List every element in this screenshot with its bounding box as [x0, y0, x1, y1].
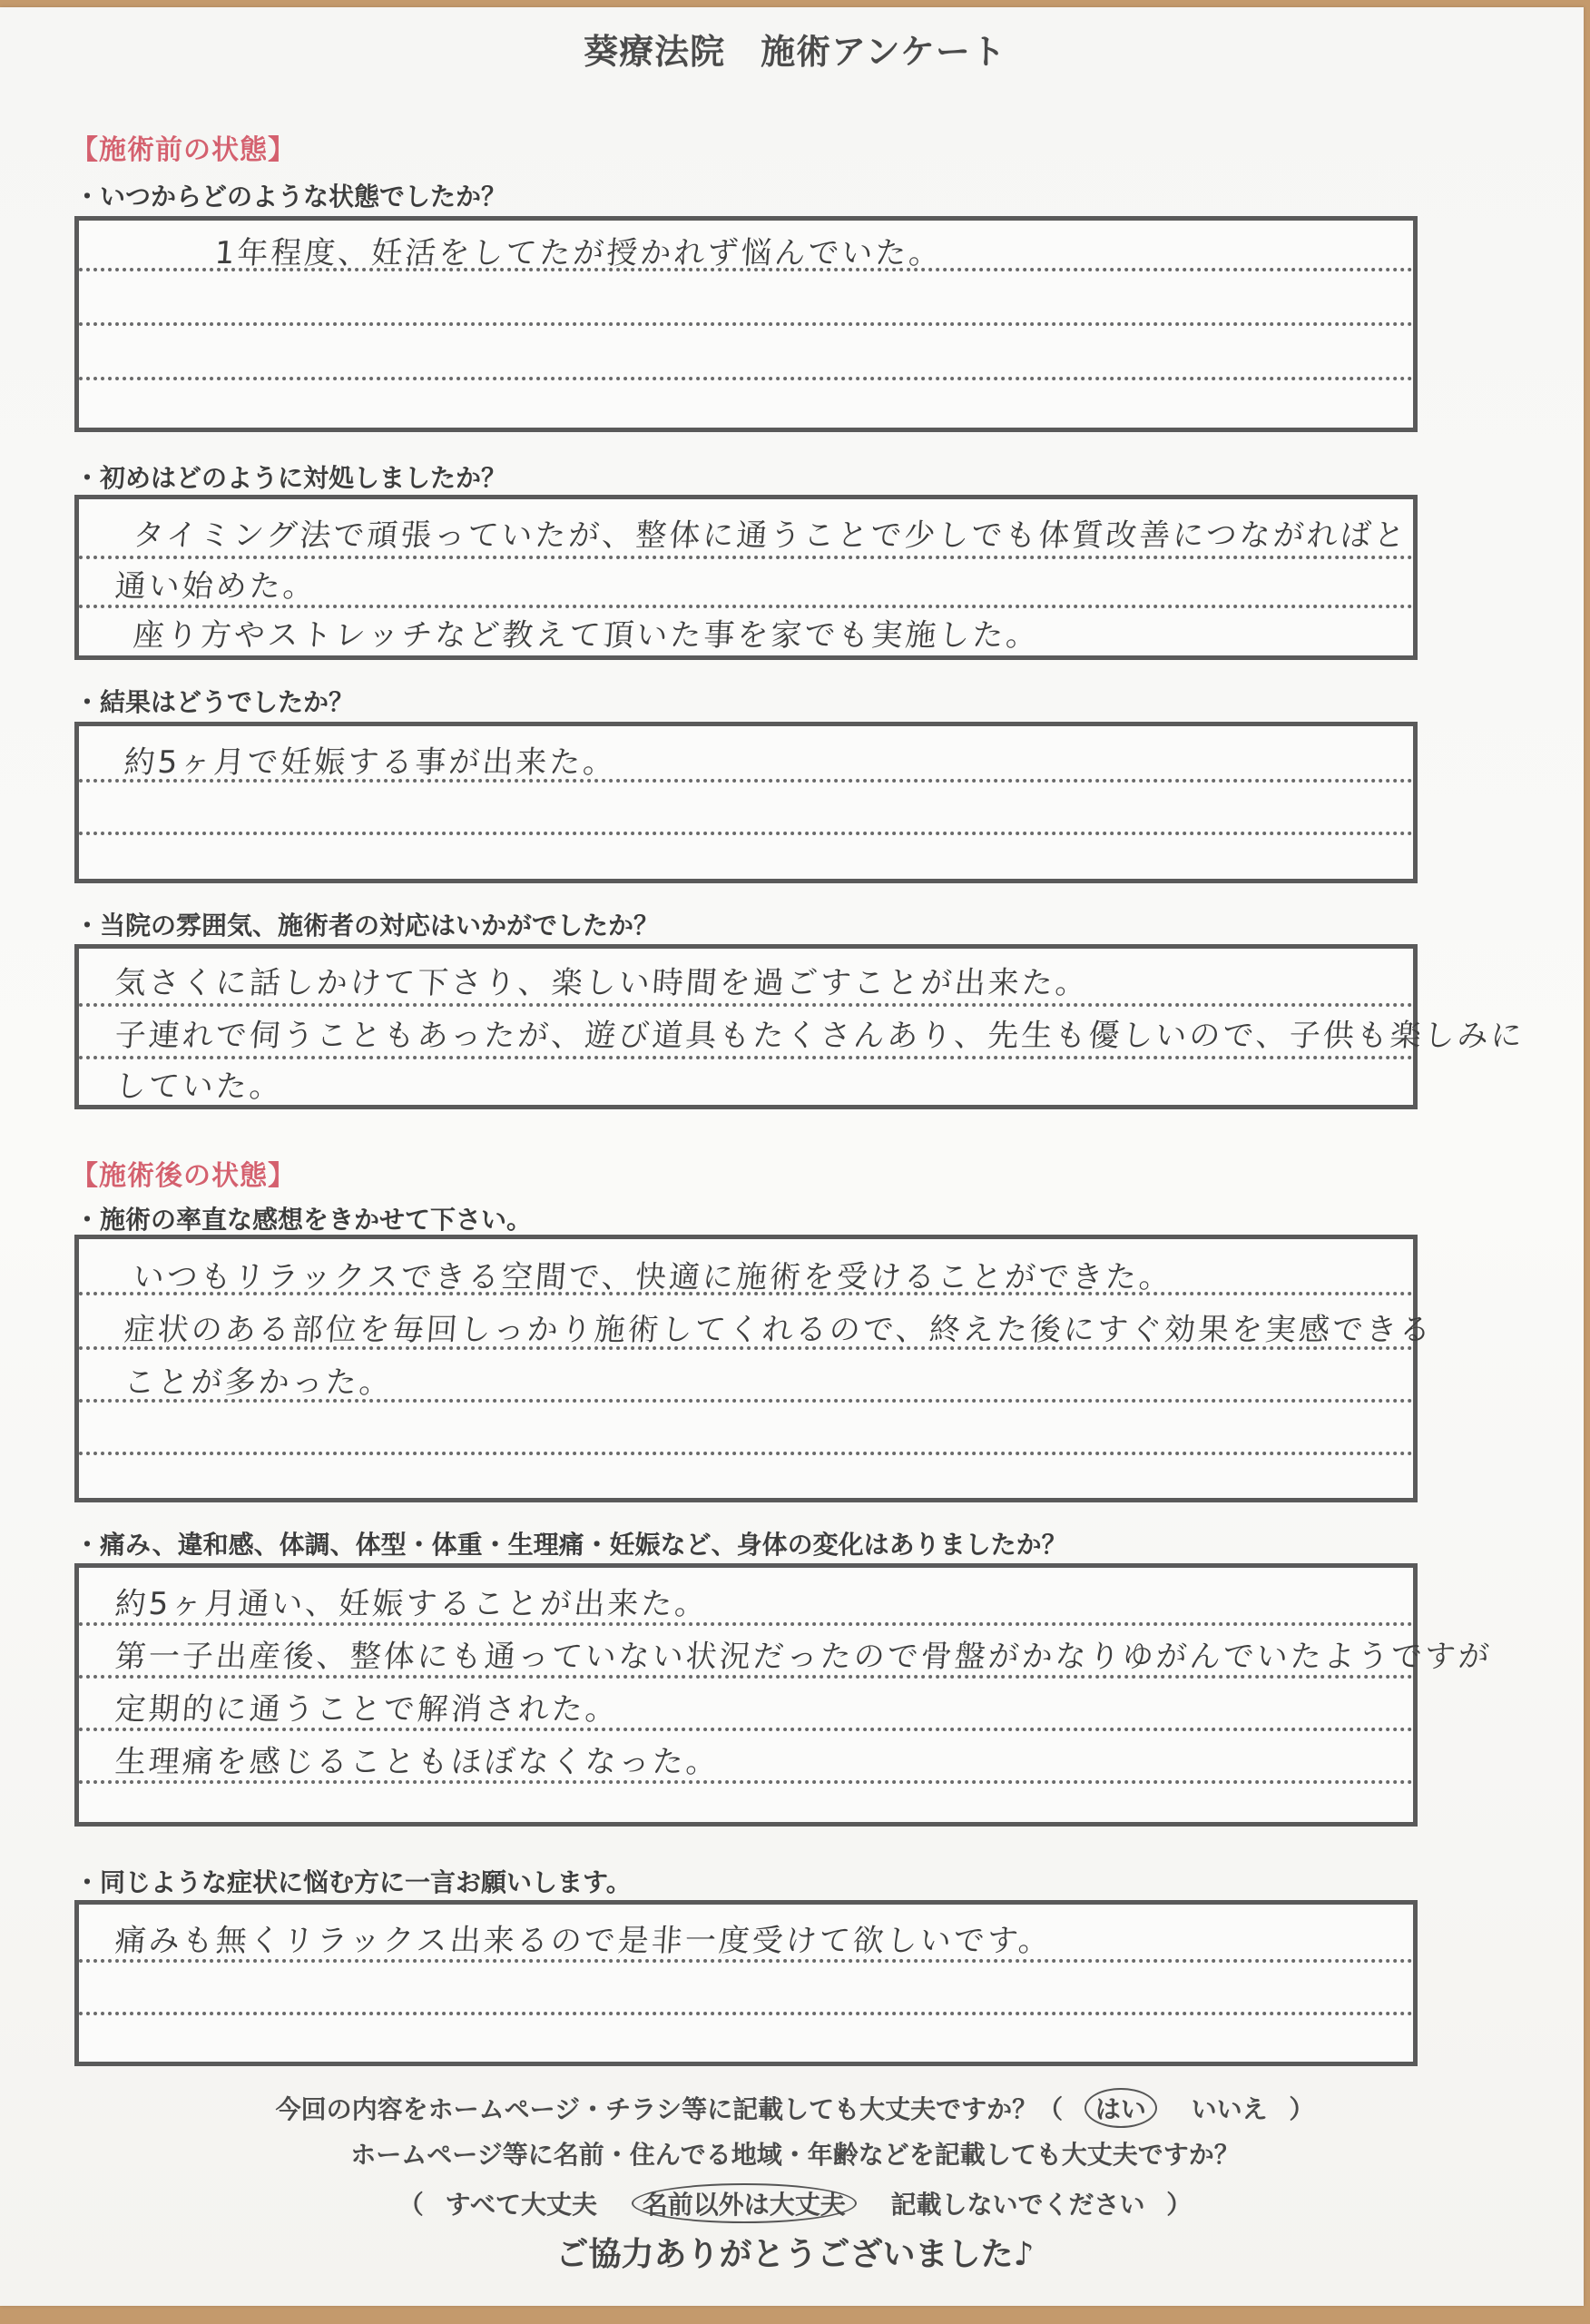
question-label-5: ・施術の率直な感想をきかせて下さい。 — [74, 1200, 532, 1236]
handwritten-answer: タイミング法で頑張っていたが、整体に通うことで少しでも体質改善につながればと — [132, 510, 1408, 555]
answer-box-6: 約5ヶ月通い、妊娠することが出来た。 第一子出産後、整体にも通っていない状況だっ… — [74, 1563, 1418, 1827]
handwritten-answer: 定期的に通うことで解消された。 — [113, 1684, 620, 1728]
question-label-7: ・同じような症状に悩む方に一言お願いします。 — [74, 1863, 632, 1899]
handwritten-answer: 気さくに話しかけて下さり、楽しい時間を過ごすことが出来た。 — [113, 958, 1090, 1002]
ruled-line — [79, 556, 1413, 559]
ruled-line — [79, 832, 1413, 835]
personal-info-question: ホームページ等に名前・住んでる地域・年齢などを記載しても大丈夫ですか？ — [0, 2135, 1590, 2171]
handwritten-answer: 約5ヶ月通い、妊娠することが出来た。 — [113, 1579, 710, 1623]
answer-box-1: 1年程度、妊活をしてたが授かれず悩んでいた。 — [74, 216, 1418, 432]
answer-box-4: 気さくに話しかけて下さり、楽しい時間を過ごすことが出来た。 子連れで伺うこともあ… — [74, 944, 1418, 1109]
answer-box-2: タイミング法で頑張っていたが、整体に通うことで少しでも体質改善につながればと 通… — [74, 495, 1418, 660]
handwritten-answer: 座り方やストレッチなど教えて頂いた事を家でも実施した。 — [132, 610, 1041, 655]
ruled-line — [79, 1056, 1413, 1059]
personal-info-options: （ すべて大丈夫 名前以外は大丈夫 記載しないでください ） — [0, 2183, 1590, 2223]
answer-box-5: いつもリラックスできる空間で、快適に施術を受けることができた。 症状のある部位を… — [74, 1235, 1418, 1502]
ruled-line — [79, 377, 1413, 380]
publish-consent-text: 今回の内容をホームページ・チラシ等に記載しても大丈夫ですか？（ — [276, 2094, 1063, 2124]
publish-consent-question: 今回の内容をホームページ・チラシ等に記載しても大丈夫ですか？（ はい いいえ ） — [0, 2088, 1590, 2128]
handwritten-answer: していた。 — [113, 1061, 284, 1106]
paren-open: （ — [398, 2190, 424, 2220]
handwritten-answer: 痛みも無くリラックス出来るので是非一度受けて欲しいです。 — [113, 1915, 1054, 1960]
option-do-not-publish[interactable]: 記載しないでください — [890, 2185, 1144, 2221]
question-label-6: ・痛み、違和感、体調、体型・体重・生理痛・妊娠など、身体の変化はありましたか？ — [74, 1525, 1067, 1561]
option-yes-selected[interactable]: はい — [1085, 2088, 1157, 2128]
question-label-4: ・当院の雰囲気、施術者の対応はいかがでしたか？ — [74, 906, 659, 942]
ruled-line — [79, 2012, 1413, 2015]
handwritten-answer: ことが多かった。 — [123, 1357, 394, 1402]
section-heading-before: 【施術前の状態】 — [71, 127, 296, 167]
ruled-line — [79, 1452, 1413, 1455]
ruled-line — [79, 1003, 1413, 1007]
paren-close: ） — [1289, 2094, 1314, 2124]
answer-box-3: 約5ヶ月で妊娠する事が出来た。 — [74, 722, 1418, 883]
answer-box-7: 痛みも無くリラックス出来るので是非一度受けて欲しいです。 — [74, 1900, 1418, 2066]
handwritten-answer: 症状のある部位を毎回しっかり施術してくれるので、終えた後にすぐ効果を実感できる — [123, 1305, 1435, 1349]
handwritten-answer: 通い始めた。 — [113, 561, 318, 606]
question-label-2: ・初めはどのように対処しましたか？ — [74, 458, 506, 495]
paren-close: ） — [1166, 2190, 1192, 2220]
handwritten-answer: 生理痛を感じることもほぼなくなった。 — [113, 1737, 721, 1781]
page-title: 葵療法院 施術アンケート — [0, 24, 1590, 74]
ruled-line — [79, 322, 1413, 326]
thanks-message: ご協力ありがとうございました♪ — [0, 2229, 1590, 2275]
handwritten-answer: 約5ヶ月で妊娠する事が出来た。 — [123, 737, 618, 782]
section-heading-after: 【施術後の状態】 — [71, 1153, 296, 1193]
handwritten-answer: 1年程度、妊活をしてたが授かれず悩んでいた。 — [213, 228, 944, 272]
option-all-ok[interactable]: すべて大丈夫 — [446, 2185, 597, 2221]
question-label-3: ・結果はどうでしたか？ — [74, 683, 354, 719]
option-no[interactable]: いいえ — [1192, 2090, 1268, 2126]
question-label-1: ・いつからどのような状態でしたか？ — [74, 177, 506, 213]
handwritten-answer: 子連れで伺うこともあったが、遊び道具もたくさんあり、先生も優しいので、子供も楽し… — [113, 1010, 1526, 1055]
handwritten-answer: 第一子出産後、整体にも通っていない状況だったので骨盤がかなりゆがんでいたようです… — [113, 1631, 1493, 1676]
handwritten-answer: いつもリラックスできる空間で、快適に施術を受けることができた。 — [132, 1252, 1174, 1296]
option-except-name-selected[interactable]: 名前以外は大丈夫 — [632, 2183, 857, 2223]
